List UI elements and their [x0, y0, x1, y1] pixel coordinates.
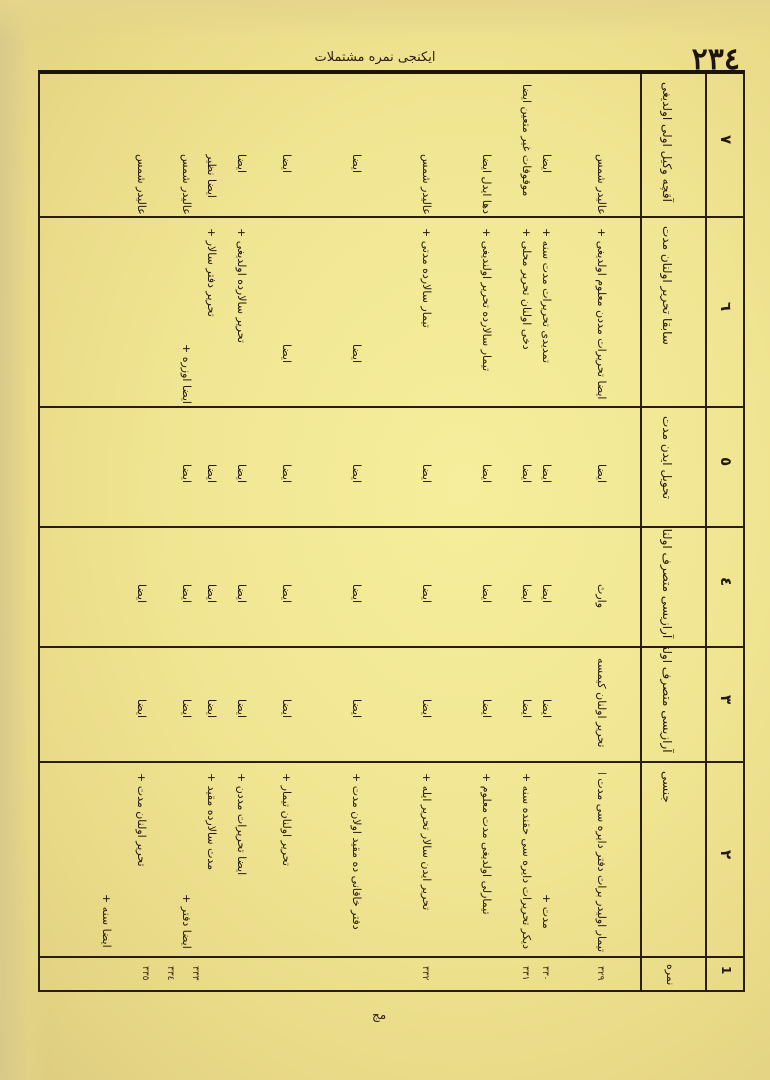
row-number-cell: ٥	[707, 408, 743, 526]
register-number: ٣٢٩	[595, 966, 605, 981]
row-entry: ایضا	[520, 699, 533, 718]
row-entry: ایضا	[135, 699, 148, 718]
row-entry: تمدیدی تحریرات مدت سنه +	[540, 228, 553, 363]
row-divider	[40, 526, 745, 528]
row-entry: وارث	[595, 584, 608, 608]
row-entry: ایضا	[595, 464, 608, 483]
row-entry: تیمار سالارده تحریر اولندیغی +	[480, 228, 493, 371]
row-entry: ایضا	[280, 464, 293, 483]
row-entry: تحریر ایدن سالار تحریر ایله +	[420, 773, 433, 910]
register-number: ٣٣٣	[190, 966, 200, 981]
row-entry: موقوفات غیر متعین ایضا	[520, 84, 533, 196]
running-head: ایکنجی نمره مشتملات	[300, 50, 450, 65]
row-entry: ایضا تحریرات مددن معلوم اولدیغی +	[595, 228, 608, 400]
row-entry: ایضا	[205, 464, 218, 483]
row-entry: ایضا	[280, 154, 293, 173]
row-entry: ایضا تحریرات مددن +	[235, 773, 248, 875]
row-divider	[40, 956, 745, 958]
row-entry: ایضا نظیر	[205, 154, 218, 198]
row-number: ٦	[717, 302, 735, 311]
row-entry: تحریر سالارده اولدیغی +	[235, 228, 248, 343]
row-header: تحویل ایدن مدت	[660, 416, 674, 499]
row-header-cell: سابقا تحریر اولنان مدت	[642, 218, 705, 406]
row-entry: تحریر دفتر سالار +	[205, 228, 218, 317]
register-number: ٣٣١	[520, 966, 530, 981]
row-entry: ایضا	[235, 584, 248, 603]
row-entry: ایضا	[420, 699, 433, 718]
row-number-cell: ٦	[707, 218, 743, 406]
row-entry: ایضا	[540, 154, 553, 173]
row-entry: ایضا	[420, 464, 433, 483]
row-entry: ایضا	[350, 464, 363, 483]
row-entry: ایضا	[520, 464, 533, 483]
row-entry: دفتر خاقانی ده مقید اولان مدت +	[350, 773, 363, 930]
row-header: سابقا تحریر اولنان مدت	[660, 226, 674, 345]
row-header-cell: جنسی	[642, 763, 705, 956]
row-entry: ایضا	[280, 344, 293, 363]
row-entry: ایضا	[540, 699, 553, 718]
index-number: 1	[719, 966, 733, 974]
row-entry: عالیدر شمس	[180, 154, 193, 215]
row-entry: ایضا	[205, 584, 218, 603]
row-header-cell: آقچه وکیل اولی اولدیغی	[642, 74, 705, 216]
row-number-cell: ٣	[707, 648, 743, 761]
row-entry: تحریر اولنان مدت +	[135, 773, 148, 867]
register-number: ٣٣٥	[140, 966, 150, 981]
row-entry: ایضا دفتر +	[180, 894, 193, 949]
row-entry: ایضا	[235, 699, 248, 718]
row-entry: ایضا	[350, 699, 363, 718]
row-entry: دخی اولنان تحریر محلی +	[520, 228, 533, 350]
row-entry: ایضا	[135, 584, 148, 603]
register-number: ٣٣٤	[165, 966, 175, 981]
row-entry: ایضا	[480, 464, 493, 483]
row-entry: ایضا	[350, 344, 363, 363]
row-entry: ایضا	[480, 699, 493, 718]
row-number: ٤	[717, 577, 735, 586]
index-number-cell: 1	[707, 958, 743, 992]
row-entry: ایضا	[235, 464, 248, 483]
row-entry: عالیدر شمس	[595, 154, 608, 215]
row-entry: ایضا	[235, 154, 248, 173]
row-header: آقچه وکیل اولی اولدیغی	[660, 82, 674, 202]
row-number: ٧	[717, 135, 735, 144]
row-entry: ایضا سنه +	[100, 894, 113, 948]
row-header: آرازیسی متصرف اولنان مدت	[660, 536, 674, 638]
row-entry: ایضا	[480, 584, 493, 603]
row-entry: تحریر اولنان تیمار +	[280, 773, 293, 866]
row-divider	[40, 761, 745, 763]
row-entry: تحریر اولنان کیمسه	[595, 658, 608, 747]
row-number-cell: ٧	[707, 74, 743, 216]
row-entry: تیمارلی اولدیغی مدت معلوم +	[480, 773, 493, 915]
row-entry: عالیدر شمس	[135, 154, 148, 215]
row-header: جنسی	[660, 771, 674, 803]
row-entry: ایضا	[350, 154, 363, 173]
row-entry: ایضا	[180, 699, 193, 718]
index-label-cell: نمره	[642, 958, 705, 992]
row-number: ٢	[717, 850, 735, 859]
row-header-cell: آرازیسی متصرف اولنان کیمسه	[642, 648, 705, 761]
row-entry: ایضا	[180, 584, 193, 603]
row-entry: ایضا	[540, 464, 553, 483]
row-entry: دها ایدل ایضا	[480, 154, 493, 214]
row-number: ٣	[717, 695, 735, 704]
row-entry: تیمار اولیدر برات دفتر دایره سی مدت اوزر…	[595, 773, 608, 952]
row-entry: تیمار سالارده مدتی +	[420, 228, 433, 328]
row-number-cell: ٢	[707, 763, 743, 956]
row-entry: ایضا	[350, 584, 363, 603]
index-label: نمره	[664, 964, 677, 985]
row-entry: ایضا	[520, 584, 533, 603]
row-entry: مدت +	[540, 894, 553, 929]
row-divider	[40, 406, 745, 408]
row-header-cell: آرازیسی متصرف اولنان مدت	[642, 528, 705, 646]
row-header-cell: تحویل ایدن مدت	[642, 408, 705, 526]
row-entry: ایضا	[280, 584, 293, 603]
row-entry: ایضا	[540, 584, 553, 603]
ledger-table: ٧آقچه وکیل اولی اولدیغیعالیدر شمسایضاموق…	[38, 70, 745, 992]
foot-mark: مج	[372, 1008, 386, 1022]
row-entry: عالیدر شمس	[420, 154, 433, 215]
row-divider	[40, 646, 745, 648]
page-top-shadow	[0, 0, 770, 40]
register-number: ٣٣٢	[420, 966, 430, 981]
row-entry: ایضا	[205, 699, 218, 718]
register-number: ٣٣٠	[540, 966, 550, 981]
row-number-cell: ٤	[707, 528, 743, 646]
row-number: ٥	[717, 457, 735, 466]
row-entry: ایضا	[180, 464, 193, 483]
row-header: آرازیسی متصرف اولنان کیمسه	[660, 656, 674, 753]
row-entry: دیکر تحریرات دایره سی حقنده سنه +	[520, 773, 533, 949]
row-entry: ایضا اوزره +	[180, 344, 193, 404]
row-entry: مدت سالارده مقید +	[205, 773, 218, 870]
row-entry: ایضا	[420, 584, 433, 603]
row-entry: ایضا	[280, 699, 293, 718]
row-divider	[40, 216, 745, 218]
